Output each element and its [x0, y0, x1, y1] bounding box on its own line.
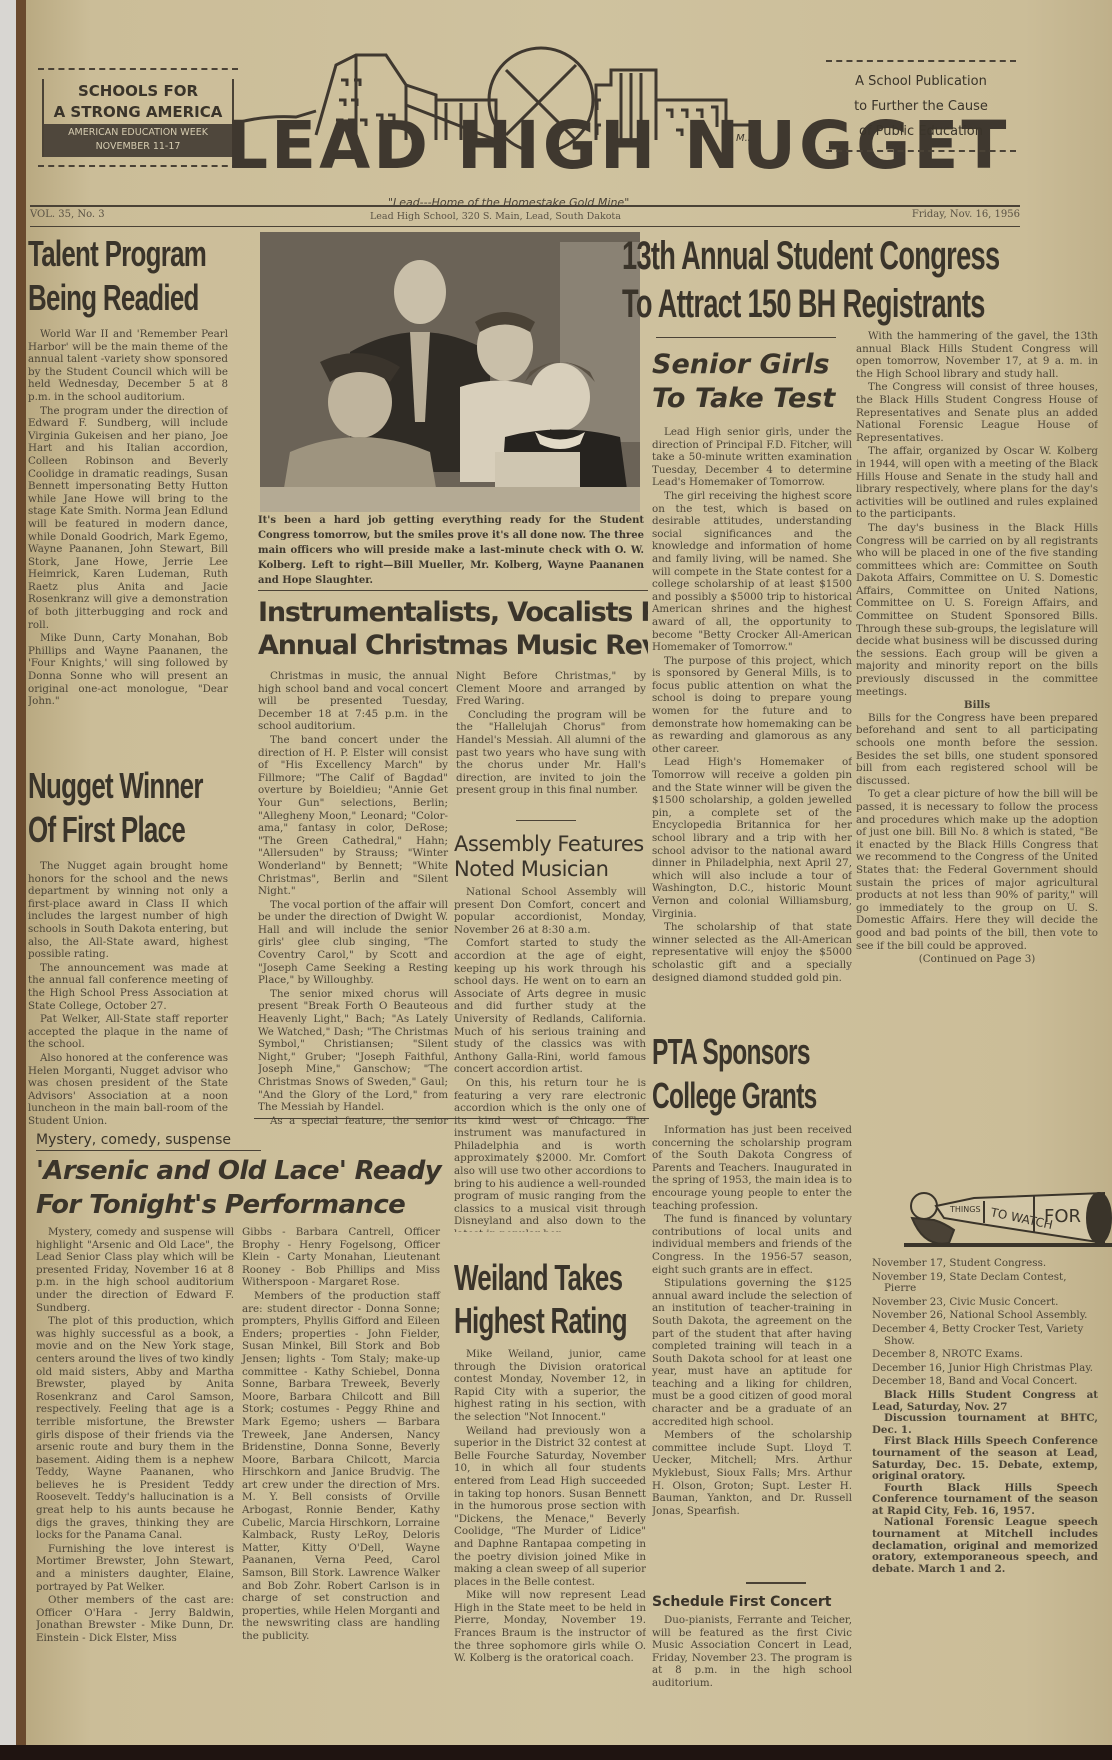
scanned-page: SCHOOLS FOR A STRONG AMERICA AMERICAN ED…	[0, 0, 1112, 1760]
article-first-concert: Schedule First Concert Duo-pianists, Fer…	[652, 1592, 852, 1722]
article-body: World War II and 'Remember Pearl Harbor'…	[28, 328, 228, 708]
issue-date: Friday, Nov. 16, 1956	[912, 209, 1020, 220]
headline-line-1: Weiland Takes	[454, 1256, 646, 1299]
article-body-column-2: Gibbs - Barbara Cantrell, Officer Brophy…	[242, 1226, 440, 1644]
paragraph: Mike Weiland, junior, came through the D…	[454, 1348, 646, 1424]
things-to-watch-for-banner-icon: THINGS TO WATCH FOR	[904, 1188, 1112, 1248]
publication-note-line-3: of Public Education	[826, 119, 1016, 144]
edu-week-band-line-1: AMERICAN EDUCATION WEEK	[44, 126, 232, 140]
paragraph: Lead High senior girls, under the direct…	[652, 426, 852, 489]
headline-line-2: Being Readied	[28, 276, 228, 320]
article-body: With the hammering of the gavel, the 13t…	[856, 330, 1098, 966]
article-body: Mike Weiland, junior, came through the D…	[454, 1348, 646, 1665]
article-body-column-1: Christmas in music, the annual high scho…	[258, 670, 448, 1126]
paragraph: Members of the scholarship committee inc…	[652, 1429, 852, 1517]
paragraph: Other members of the cast are: Officer O…	[36, 1594, 234, 1644]
paragraph: Information has just been received conce…	[652, 1124, 852, 1212]
dateline: VOL. 35, No. 3 Lead High School, 320 S. …	[30, 205, 1020, 227]
subheading-bills: Bills	[856, 699, 1098, 712]
article-assembly-musician: Assembly Features Noted Musician Nationa…	[454, 832, 646, 1232]
article-body: National School Assembly will present Do…	[454, 886, 646, 1232]
paragraph: Stipulations governing the $125 annual a…	[652, 1277, 852, 1428]
headline-line-1: Instrumentalists, Vocalists Plan	[258, 596, 648, 629]
article-arsenic-old-lace: Mystery, comedy, suspense 'Arsenic and O…	[36, 1130, 446, 1750]
paragraph: Night Before Christmas," by Clement Moor…	[456, 670, 646, 708]
paragraph: The girl receiving the highest score on …	[652, 490, 852, 654]
headline-line-1: Senior Girls	[652, 348, 852, 382]
paragraph: Pat Welker, All-State staff reporter acc…	[28, 1013, 228, 1051]
headline-line-1: Nugget Winner	[28, 764, 228, 808]
newspaper-page: SCHOOLS FOR A STRONG AMERICA AMERICAN ED…	[26, 0, 1112, 1750]
section-divider	[258, 590, 648, 591]
paragraph: Gibbs - Barbara Cantrell, Officer Brophy…	[242, 1226, 440, 1289]
things-to-watch-list: November 17, Student Congress. November …	[872, 1258, 1098, 1575]
headline: Schedule First Concert	[652, 1592, 852, 1612]
paragraph: Comfort started to study the accordion a…	[454, 937, 646, 1076]
paragraph: The announcement was made at the annual …	[28, 962, 228, 1012]
watch-event: First Black Hills Speech Conference tour…	[872, 1436, 1098, 1482]
continued-link[interactable]: (Continued on Page 3)	[856, 953, 1098, 966]
photo-people-icon	[260, 232, 640, 512]
paragraph: The band concert under the direction of …	[258, 734, 448, 898]
wavy-divider	[826, 150, 1016, 153]
paragraph: The day's business in the Black Hills Co…	[856, 522, 1098, 698]
paragraph: Weiland had previously won a superior in…	[454, 1425, 646, 1589]
headline-line-2: College Grants	[652, 1074, 852, 1118]
wavy-divider	[38, 165, 238, 168]
svg-text:THINGS: THINGS	[949, 1205, 981, 1214]
newspaper-title: LEAD HIGH NUGGET	[226, 108, 816, 183]
headline-line-2: Noted Musician	[454, 857, 646, 882]
paragraph: The plot of this production, which was h…	[36, 1315, 234, 1542]
article-body: Information has just been received conce…	[652, 1124, 852, 1517]
wavy-divider	[38, 68, 238, 71]
paragraph: Members of the production staff are: stu…	[242, 1290, 440, 1643]
education-week-box: SCHOOLS FOR A STRONG AMERICA AMERICAN ED…	[38, 68, 238, 178]
paragraph: National School Assembly will present Do…	[454, 886, 646, 936]
article-weiland-rating: Weiland Takes Highest Rating Mike Weilan…	[454, 1256, 646, 1746]
article-talent-program: Talent Program Being Readied World War I…	[28, 232, 228, 762]
binder-margin	[0, 0, 16, 1760]
paragraph: The affair, organized by Oscar W. Kolber…	[856, 445, 1098, 521]
watch-event: Black Hills Student Congress at Lead, Sa…	[872, 1390, 1098, 1413]
article-student-congress-body: With the hammering of the gavel, the 13t…	[856, 330, 1098, 1160]
paragraph: The vocal portion of the affair will be …	[258, 899, 448, 987]
school-address: Lead High School, 320 S. Main, Lead, Sou…	[370, 211, 621, 222]
article-nugget-winner: Nugget Winner Of First Place The Nugget …	[28, 764, 228, 1132]
short-divider	[516, 820, 576, 821]
paragraph: The senior mixed chorus will present "Br…	[258, 988, 448, 1114]
paragraph: Concluding the program will be the "Hall…	[456, 709, 646, 797]
paragraph: The Nugget again brought home honors for…	[28, 860, 228, 961]
headline-line-1: 'Arsenic and Old Lace' Ready	[36, 1154, 446, 1188]
publication-note-line-2: to Further the Cause	[826, 94, 1016, 119]
edu-week-title-2: A STRONG AMERICA	[44, 100, 232, 121]
headline-line-1: PTA Sponsors	[652, 1030, 852, 1074]
watch-event: Fourth Black Hills Speech Conference tou…	[872, 1483, 1098, 1518]
edu-week-band-line-2: NOVEMBER 11-17	[44, 140, 232, 154]
article-student-congress-headline: 13th Annual Student Congress To Attract …	[622, 232, 1092, 332]
watch-item: November 23, Civic Music Concert.	[872, 1297, 1098, 1309]
paragraph: Mystery, comedy and suspense will highli…	[36, 1226, 234, 1314]
article-senior-girls-test: Senior Girls To Take Test Lead High seni…	[652, 348, 852, 1038]
watch-item: November 17, Student Congress.	[872, 1258, 1098, 1270]
edu-week-title-1: SCHOOLS FOR	[44, 79, 232, 100]
article-body-column-1: Mystery, comedy and suspense will highli…	[36, 1226, 234, 1646]
paragraph: Christmas in music, the annual high scho…	[258, 670, 448, 733]
publication-note-box: A School Publication to Further the Caus…	[826, 60, 1016, 160]
headline-line-1: Assembly Features	[454, 832, 646, 857]
article-body: Duo-pianists, Ferrante and Teicher, will…	[652, 1614, 852, 1690]
article-pta-grants: PTA Sponsors College Grants Information …	[652, 1030, 852, 1590]
paragraph: The purpose of this project, which is sp…	[652, 655, 852, 756]
paragraph: Bills for the Congress have been prepare…	[856, 712, 1098, 788]
paragraph: Lead High's Homemaker of Tomorrow will r…	[652, 756, 852, 920]
edu-week-band: AMERICAN EDUCATION WEEK NOVEMBER 11-17	[44, 124, 232, 157]
headline-line-2: Highest Rating	[454, 1299, 646, 1342]
paragraph: Also honored at the conference was Helen…	[28, 1052, 228, 1128]
headline-line-2: Annual Christmas Music Revue	[258, 629, 648, 662]
headline-line-1: 13th Annual Student Congress	[622, 232, 1092, 280]
short-divider	[746, 1582, 806, 1584]
watch-event: Discussion tournament at BHTC, Dec. 1.	[872, 1413, 1098, 1436]
watch-item: December 18, Band and Vocal Concert.	[872, 1376, 1098, 1388]
headline-line-2: To Attract 150 BH Registrants	[622, 280, 1092, 328]
paragraph: As a special feature, the senior chorus …	[258, 1115, 448, 1126]
paragraph: To get a clear picture of how the bill w…	[856, 788, 1098, 952]
article-body-column-2: Night Before Christmas," by Clement Moor…	[456, 670, 646, 798]
paragraph: On this, his return tour he is featuring…	[454, 1077, 646, 1232]
watch-item: December 16, Junior High Christmas Play.	[872, 1363, 1098, 1375]
headline-line-2: For Tonight's Performance	[36, 1188, 446, 1222]
watch-event: National Forensic League speech tourname…	[872, 1517, 1098, 1575]
publication-note-line-1: A School Publication	[826, 69, 1016, 94]
article-body: Lead High senior girls, under the direct…	[652, 426, 852, 984]
paragraph: The scholarship of that state winner sel…	[652, 921, 852, 984]
paragraph: The Congress will consist of three house…	[856, 381, 1098, 444]
paragraph: World War II and 'Remember Pearl Harbor'…	[28, 328, 228, 404]
photo-caption: It's been a hard job getting everything …	[258, 513, 644, 588]
kicker: Mystery, comedy, suspense	[36, 1130, 261, 1151]
watch-item: November 26, National School Assembly.	[872, 1310, 1098, 1322]
paragraph: Mike Dunn, Carty Monahan, Bob Phillips a…	[28, 632, 228, 708]
paragraph: Mike will now represent Lead High in the…	[454, 1589, 646, 1665]
watch-item: December 8, NROTC Exams.	[872, 1349, 1098, 1361]
paragraph: Duo-pianists, Ferrante and Teicher, will…	[652, 1614, 852, 1690]
paragraph: The program under the direction of Edwar…	[28, 405, 228, 632]
photo-student-congress-officers	[260, 232, 640, 512]
short-divider	[656, 337, 836, 338]
svg-text:FOR: FOR	[1044, 1206, 1081, 1227]
headline-line-1: Talent Program	[28, 232, 228, 276]
paragraph: The fund is financed by voluntary contri…	[652, 1213, 852, 1276]
headline-line-2: To Take Test	[652, 382, 852, 416]
watch-item: December 4, Betty Crocker Test, Variety …	[872, 1324, 1098, 1347]
headline-line-2: Of First Place	[28, 808, 228, 852]
paragraph: Furnishing the love interest is Mortimer…	[36, 1543, 234, 1593]
watch-item: November 19, State Declam Contest, Pierr…	[872, 1272, 1098, 1295]
paragraph: With the hammering of the gavel, the 13t…	[856, 330, 1098, 380]
bottom-binding	[0, 1745, 1112, 1760]
article-body: The Nugget again brought home honors for…	[28, 860, 228, 1127]
masthead: SCHOOLS FOR A STRONG AMERICA AMERICAN ED…	[26, 0, 1112, 210]
volume-number: VOL. 35, No. 3	[30, 209, 105, 220]
